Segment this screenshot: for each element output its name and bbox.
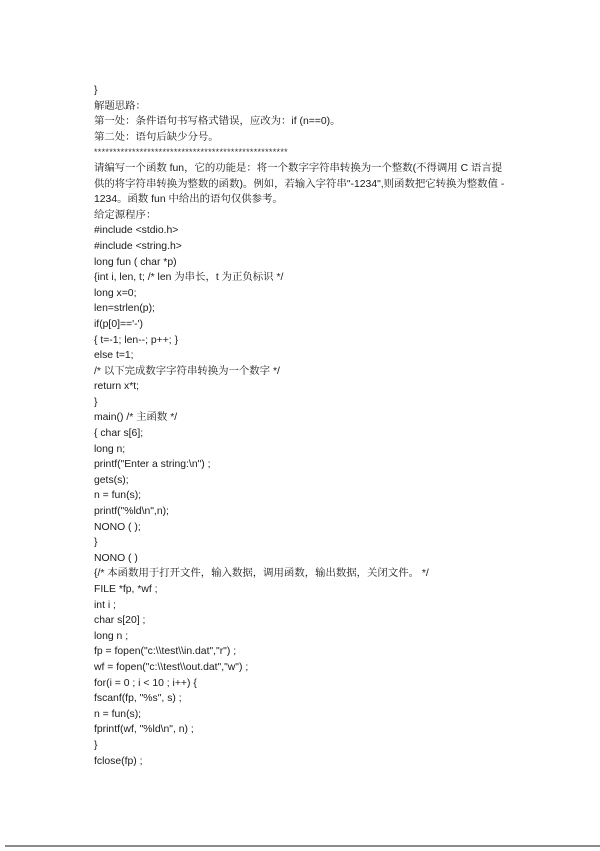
code-line: NONO ( ) xyxy=(94,551,514,567)
page-bottom-rule xyxy=(5,845,600,847)
problem-line: 请编写一个函数 fun，它的功能是：将一个数字字符串转换为一个整数(不得调用 C… xyxy=(94,161,514,177)
code-line: } xyxy=(94,535,514,551)
code-line: len=strlen(p); xyxy=(94,301,514,317)
code-line: /* 以下完成数字字符串转换为一个数字 */ xyxy=(94,364,514,380)
code-line: fscanf(fp, "%s", s) ; xyxy=(94,691,514,707)
code-line: } xyxy=(94,738,514,754)
code-line: else t=1; xyxy=(94,348,514,364)
code-block: #include <stdio.h> #include <string.h> l… xyxy=(94,223,514,769)
code-line: n = fun(s); xyxy=(94,488,514,504)
code-line: char s[20] ; xyxy=(94,613,514,629)
code-line: {/* 本函数用于打开文件，输入数据，调用函数，输出数据，关闭文件。 */ xyxy=(94,566,514,582)
problem-line: 供的将字符串转换为整数的函数)。例如，若输入字符串"-1234",则函数把它转换… xyxy=(94,177,514,193)
code-line: #include <stdio.h> xyxy=(94,223,514,239)
code-line: long n ; xyxy=(94,629,514,645)
code-line: return x*t; xyxy=(94,379,514,395)
code-line: int i ; xyxy=(94,598,514,614)
code-line: #include <string.h> xyxy=(94,239,514,255)
code-line: wf = fopen("c:\\test\\out.dat","w") ; xyxy=(94,660,514,676)
code-line: NONO ( ); xyxy=(94,520,514,536)
code-line: fprintf(wf, "%ld\n", n) ; xyxy=(94,722,514,738)
document-page: } 解题思路： 第一处：条件语句书写格式错误，应改为：if (n==0)。 第二… xyxy=(0,0,600,851)
document-body: } 解题思路： 第一处：条件语句书写格式错误，应改为：if (n==0)。 第二… xyxy=(94,83,514,769)
code-line: printf("%ld\n",n); xyxy=(94,504,514,520)
fix-one-text: 第一处：条件语句书写格式错误，应改为：if (n==0)。 xyxy=(94,114,514,130)
code-line: long n; xyxy=(94,442,514,458)
code-line: if(p[0]=='-') xyxy=(94,317,514,333)
solution-heading: 解题思路： xyxy=(94,99,514,115)
problem-statement: 请编写一个函数 fun，它的功能是：将一个数字字符串转换为一个整数(不得调用 C… xyxy=(94,161,514,208)
problem-line: 1234。函数 fun 中给出的语句仅供参考。 xyxy=(94,192,514,208)
code-line: gets(s); xyxy=(94,473,514,489)
closing-brace-line: } xyxy=(94,83,514,99)
separator-asterisks: ****************************************… xyxy=(94,145,514,161)
code-line: long fun ( char *p) xyxy=(94,255,514,271)
code-line: { char s[6]; xyxy=(94,426,514,442)
code-line: { t=-1; len--; p++; } xyxy=(94,333,514,349)
code-line: {int i, len, t; /* len 为串长，t 为正负标识 */ xyxy=(94,270,514,286)
source-heading: 给定源程序： xyxy=(94,208,514,224)
code-line: main() /* 主函数 */ xyxy=(94,410,514,426)
code-line: FILE *fp, *wf ; xyxy=(94,582,514,598)
code-line: for(i = 0 ; i < 10 ; i++) { xyxy=(94,676,514,692)
code-line: fp = fopen("c:\\test\\in.dat","r") ; xyxy=(94,644,514,660)
code-line: fclose(fp) ; xyxy=(94,754,514,770)
code-line: n = fun(s); xyxy=(94,707,514,723)
code-line: } xyxy=(94,395,514,411)
fix-two-text: 第二处：语句后缺少分号。 xyxy=(94,130,514,146)
code-line: long x=0; xyxy=(94,286,514,302)
code-line: printf("Enter a string:\n") ; xyxy=(94,457,514,473)
